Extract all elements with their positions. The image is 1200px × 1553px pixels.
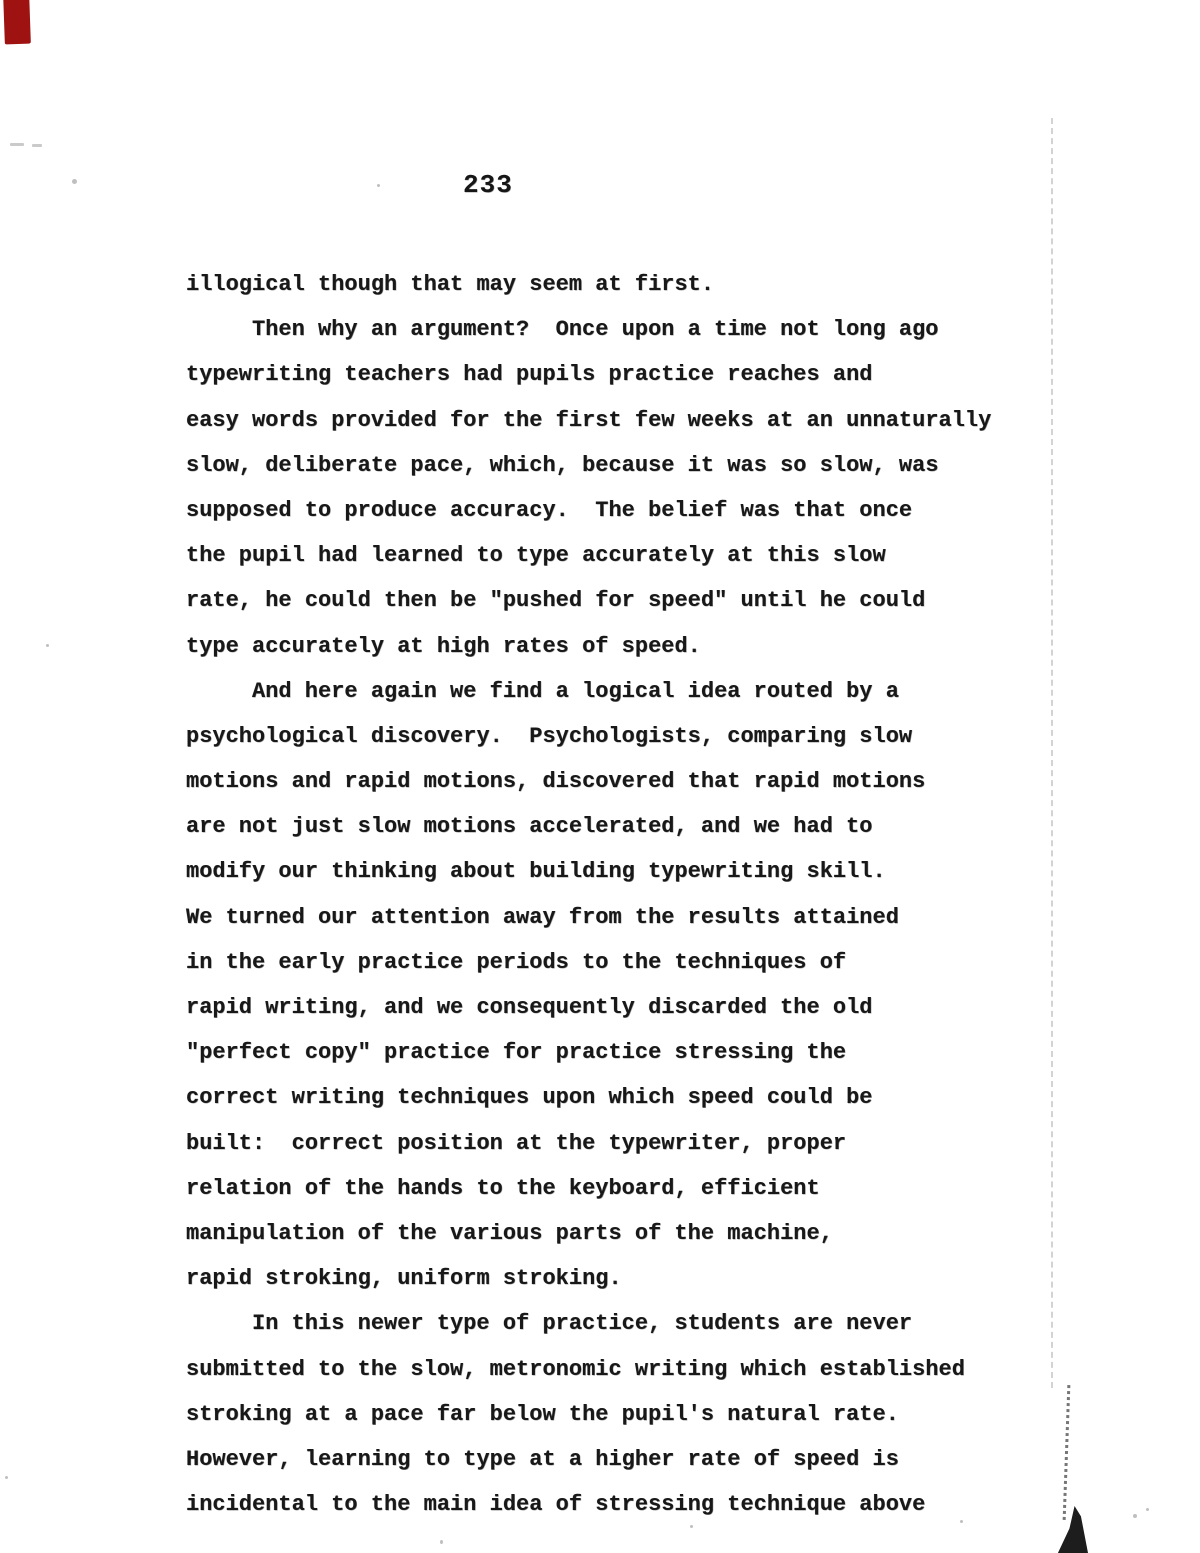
text-line: built: correct position at the typewrite…: [186, 1121, 1086, 1166]
scan-edge-artifact: [1051, 118, 1053, 1388]
text-line: correct writing techniques upon which sp…: [186, 1075, 1086, 1120]
scan-speck: [10, 143, 24, 146]
text-line: submitted to the slow, metronomic writin…: [186, 1347, 1086, 1392]
scan-speck: [5, 1476, 8, 1479]
text-line: slow, deliberate pace, which, because it…: [186, 443, 1086, 488]
text-line: "perfect copy" practice for practice str…: [186, 1030, 1086, 1075]
scan-speck: [32, 144, 42, 147]
text-line: However, learning to type at a higher ra…: [186, 1437, 1086, 1482]
text-line: rapid stroking, uniform stroking.: [186, 1256, 1086, 1301]
text-line: supposed to produce accuracy. The belief…: [186, 488, 1086, 533]
scan-speck: [377, 184, 380, 187]
text-line: Then why an argument? Once upon a time n…: [186, 307, 1086, 352]
text-line: rapid writing, and we consequently disca…: [186, 985, 1086, 1030]
text-line: manipulation of the various parts of the…: [186, 1211, 1086, 1256]
scan-speck: [46, 644, 49, 647]
text-line: are not just slow motions accelerated, a…: [186, 804, 1086, 849]
text-line: And here again we find a logical idea ro…: [186, 669, 1086, 714]
text-line: In this newer type of practice, students…: [186, 1301, 1086, 1346]
text-line: We turned our attention away from the re…: [186, 895, 1086, 940]
text-line: typewriting teachers had pupils practice…: [186, 352, 1086, 397]
text-line: psychological discovery. Psychologists, …: [186, 714, 1086, 759]
text-line: modify our thinking about building typew…: [186, 849, 1086, 894]
document-page: 233 illogical though that may seem at fi…: [0, 0, 1200, 1553]
text-body: illogical though that may seem at first.…: [186, 262, 1086, 1527]
text-line: in the early practice periods to the tec…: [186, 940, 1086, 985]
text-line: illogical though that may seem at first.: [186, 262, 1086, 307]
red-corner-mark: [3, 0, 31, 44]
text-line: incidental to the main idea of stressing…: [186, 1482, 1086, 1527]
text-line: type accurately at high rates of speed.: [186, 624, 1086, 669]
text-line: relation of the hands to the keyboard, e…: [186, 1166, 1086, 1211]
text-line: rate, he could then be "pushed for speed…: [186, 578, 1086, 623]
scan-speck: [440, 1540, 443, 1544]
text-line: motions and rapid motions, discovered th…: [186, 759, 1086, 804]
page-number: 233: [463, 170, 513, 200]
scan-speck: [1146, 1508, 1149, 1511]
text-line: the pupil had learned to type accurately…: [186, 533, 1086, 578]
text-line: easy words provided for the first few we…: [186, 398, 1086, 443]
scan-speck: [1133, 1514, 1137, 1518]
scan-speck: [72, 179, 77, 184]
text-line: stroking at a pace far below the pupil's…: [186, 1392, 1086, 1437]
